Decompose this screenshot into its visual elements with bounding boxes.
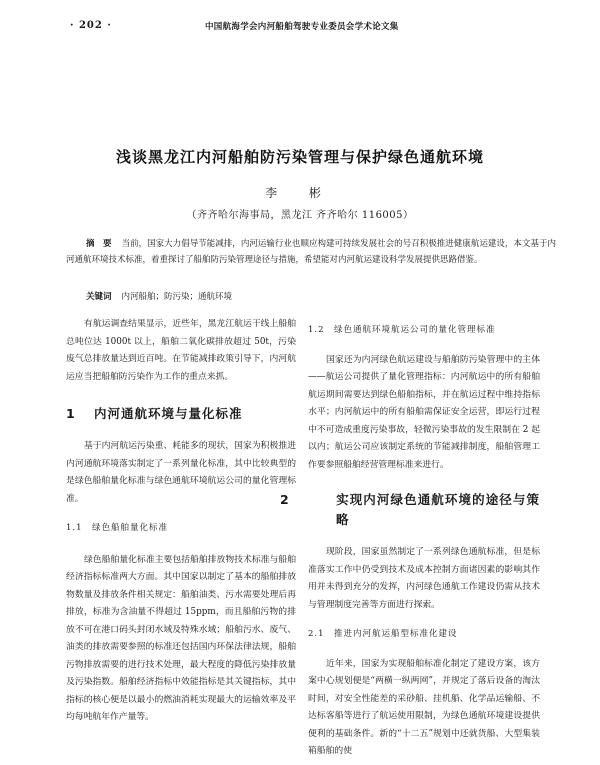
section-title: 内河通航环境与量化标准 [94,406,243,421]
section-1-2-paragraph: 国家还为内河绿色航运建设与船舶防污染管理中的主体——航运公司提供了量化管理指标：… [308,352,540,475]
section-2-1-paragraph: 近年来，国家为实现船舶标准化制定了建设方案，该方案中心规划便是“两横一纵两网”，… [308,656,540,761]
section-number: 2 [308,490,336,510]
section-number: 1.1 [66,520,92,538]
journal-title: 中国航海学会内河船舶驾驶专业委员会学术论文集 [205,20,399,32]
section-1-1-paragraph: 绿色船舶量化标准主要包括船舶排放物技术标准与船舶经济指标标准两大方面。其中国家以… [66,552,296,727]
right-column: 1.2绿色通航环境航运公司的量化管理标准 国家还为内河绿色航运建设与船舶防污染管… [308,322,540,761]
section-title: 推进内河航运船型标准化建设 [334,629,458,639]
section-number: 1 [66,404,94,424]
section-2-1-heading: 2.1推进内河航运船型标准化建设 [308,626,540,644]
section-1-2-heading: 1.2绿色通航环境航运公司的量化管理标准 [308,322,540,340]
section-2-paragraph: 现阶段，国家虽然制定了一系列绿色通航标准，但是标准落实工作中仍受到技术及成本控制… [308,544,540,614]
keywords: 关键词内河船舶；防污染；通航环境 [86,290,232,302]
running-head: · 202 · 中国航海学会内河船舶驾驶专业委员会学术论文集 [0,16,600,36]
section-1-1-heading: 1.1绿色船舶量化标准 [66,520,296,538]
section-1-heading: 1内河通航环境与量化标准 [66,404,296,424]
section-title: 实现内河绿色通航环境的途径与策略 [336,492,540,527]
left-column: 有航运调查结果显示，近些年，黑龙江航运干线上船舶总吨位达 1000t 以上，船舶… [66,316,296,727]
section-title: 绿色船舶量化标准 [92,523,168,533]
keywords-label: 关键词 [86,292,112,302]
intro-paragraph: 有航运调查结果显示，近些年，黑龙江航运干线上船舶总吨位达 1000t 以上，船舶… [66,316,296,386]
author-affiliation: （齐齐哈尔海事局，黑龙江 齐齐哈尔 116005） [0,206,600,221]
paper-title: 浅谈黑龙江内河船舶防污染管理与保护绿色通航环境 [0,146,600,167]
section-2-heading: 2实现内河绿色通航环境的途径与策略 [308,490,540,530]
page-number: · 202 · [70,20,112,31]
author-name: 李 彬 [0,184,600,201]
abstract: 摘 要当前，国家大力倡导节能减排，内河运输行业也顺应构建可持续发展社会的号召积极… [66,236,556,268]
section-1-paragraph: 基于内河航运污染重、耗能多的现状，国家为积极推进内河通航环境落实制定了一系列量化… [66,438,296,508]
section-number: 1.2 [308,322,334,340]
section-number: 2.1 [308,626,334,644]
keywords-text: 内河船舶；防污染；通航环境 [122,292,233,302]
abstract-label: 摘 要 [86,239,112,249]
section-title: 绿色通航环境航运公司的量化管理标准 [334,325,496,335]
abstract-text: 当前，国家大力倡导节能减排，内河运输行业也顺应构建可持续发展社会的号召积极推进健… [66,239,556,265]
